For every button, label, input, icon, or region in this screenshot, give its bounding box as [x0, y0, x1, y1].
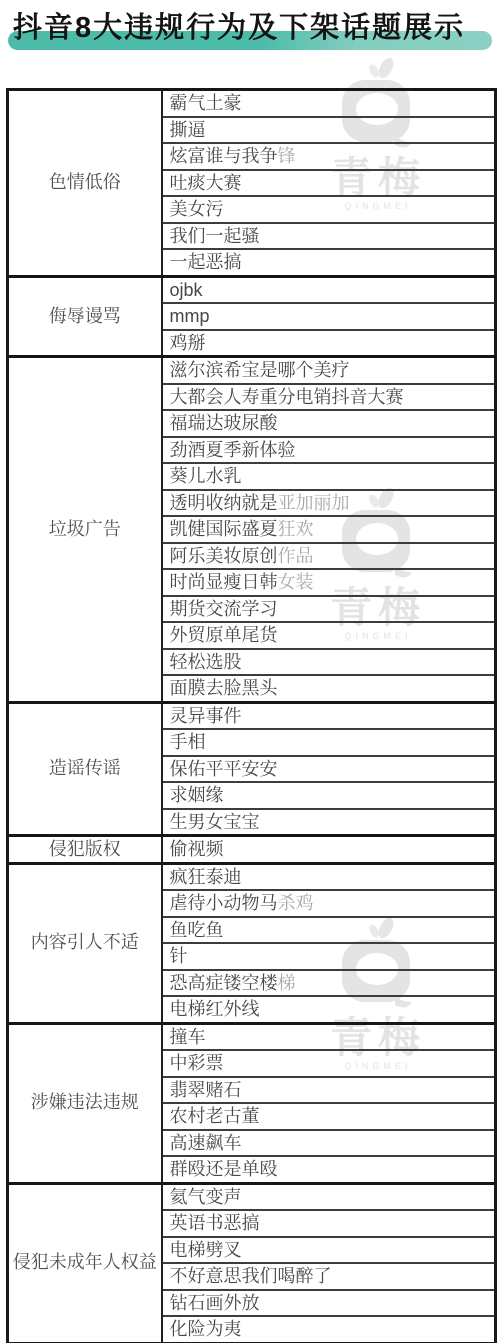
topic-cell: 劲酒夏季新体验 — [162, 437, 496, 464]
topic-cell: 轻松选股 — [162, 649, 496, 676]
topic-cell: 针 — [162, 943, 496, 970]
topic-text: 生男女宝宝 — [170, 812, 260, 832]
topic-cell: 电梯红外线 — [162, 996, 496, 1023]
topic-text: 翡翠赌石 — [170, 1080, 242, 1100]
topic-cell: 滋尔滨希宝是哪个美疗 — [162, 357, 496, 384]
topic-cell: 透明收纳就是亚加丽加 — [162, 490, 496, 517]
topic-cell: 手相 — [162, 729, 496, 756]
topic-cell: 大都会人寿重分电销抖音大赛 — [162, 384, 496, 411]
topic-text: 吐痰大赛 — [170, 173, 242, 193]
table-row: 侵犯版权偷视频 — [8, 836, 496, 864]
topic-cell: 生男女宝宝 — [162, 809, 496, 836]
topic-cell: 虐待小动物马杀鸡 — [162, 890, 496, 917]
violations-table-body: 色情低俗霸气土豪撕逼炫富谁与我争锋吐痰大赛美女污我们一起骚一起恶搞侮辱谩骂ojb… — [8, 90, 496, 1343]
topic-text: 滋尔滨希宝是哪个美疗 — [170, 360, 350, 380]
topic-text: 虐待小动物马 — [170, 893, 278, 913]
topic-text: 炫富谁与我争 — [170, 146, 278, 166]
category-cell: 造谣传谣 — [8, 702, 162, 836]
topic-cell: 期货交流学习 — [162, 596, 496, 623]
topic-text: 阿乐美妆原创 — [170, 546, 278, 566]
topic-text: 透明收纳就是 — [170, 493, 278, 513]
topic-text: 化险为夷 — [170, 1319, 242, 1339]
topic-text: 群殴还是单殴 — [170, 1159, 278, 1179]
category-cell: 侵犯未成年人权益 — [8, 1183, 162, 1343]
topic-text: 中彩票 — [170, 1053, 224, 1073]
page-title: 抖音8大违规行为及下架话题展示 — [13, 5, 465, 46]
category-cell: 涉嫌违法违规 — [8, 1023, 162, 1183]
topic-text-faded: 锋 — [278, 146, 296, 166]
topic-text: 恐高症镂空楼 — [170, 973, 278, 993]
topic-text: 电梯红外线 — [170, 999, 260, 1019]
topic-text: 大都会人寿重分电销抖音大赛 — [170, 387, 404, 407]
topic-text: 英语书恶搞 — [170, 1213, 260, 1233]
topic-text: 电梯劈叉 — [170, 1240, 242, 1260]
topic-cell: 氦气变声 — [162, 1183, 496, 1210]
topic-cell: 福瑞达玻尿酸 — [162, 410, 496, 437]
topic-cell: 我们一起骚 — [162, 223, 496, 250]
topic-cell: 葵儿水乳 — [162, 463, 496, 490]
topic-cell: 一起恶搞 — [162, 249, 496, 276]
topic-text: 撕逼 — [170, 120, 206, 140]
topic-text-faded: 杀鸡 — [278, 893, 314, 913]
topic-cell: 面膜去脸黑头 — [162, 675, 496, 702]
topic-cell: 阿乐美妆原创作品 — [162, 543, 496, 570]
topic-cell: 吐痰大赛 — [162, 170, 496, 197]
topic-text-faded: 狂欢 — [278, 519, 314, 539]
topic-text: 农村老古董 — [170, 1106, 260, 1126]
topic-cell: 翡翠赌石 — [162, 1077, 496, 1104]
topic-text-faded: 梯 — [278, 973, 296, 993]
topic-text: 外贸原单尾货 — [170, 625, 278, 645]
topic-cell: 灵异事件 — [162, 702, 496, 729]
topic-text: 霸气土豪 — [170, 93, 242, 113]
topic-cell: ojbk — [162, 276, 496, 303]
topic-text: 福瑞达玻尿酸 — [170, 413, 278, 433]
topic-text: 劲酒夏季新体验 — [170, 440, 296, 460]
category-cell: 侵犯版权 — [8, 836, 162, 864]
topic-cell: 电梯劈叉 — [162, 1237, 496, 1264]
topic-text: 不好意思我们喝醉了 — [170, 1266, 332, 1286]
topic-text: 我们一起骚 — [170, 226, 260, 246]
header: 抖音8大违规行为及下架话题展示 — [0, 0, 500, 60]
topic-cell: 霸气土豪 — [162, 90, 496, 117]
topic-text: 美女污 — [170, 199, 224, 219]
topic-text: 灵异事件 — [170, 706, 242, 726]
topic-cell: 鱼吃鱼 — [162, 917, 496, 944]
topic-text: 面膜去脸黑头 — [170, 678, 278, 698]
table-row: 侮辱谩骂ojbk — [8, 276, 496, 303]
topic-cell: 中彩票 — [162, 1050, 496, 1077]
category-cell: 内容引人不适 — [8, 863, 162, 1023]
topic-text: 葵儿水乳 — [170, 466, 242, 486]
topic-text: 时尚显瘦日韩 — [170, 572, 278, 592]
topic-text: mmp — [170, 306, 210, 326]
topic-text: 针 — [170, 946, 188, 966]
category-cell: 侮辱谩骂 — [8, 276, 162, 357]
topic-cell: 钻石画外放 — [162, 1290, 496, 1317]
topic-text: 氦气变声 — [170, 1187, 242, 1207]
table-row: 造谣传谣灵异事件 — [8, 702, 496, 729]
topic-text-faded: 女装 — [278, 572, 314, 592]
table-row: 涉嫌违法违规撞车 — [8, 1023, 496, 1050]
topic-cell: 时尚显瘦日韩女装 — [162, 569, 496, 596]
topic-cell: 不好意思我们喝醉了 — [162, 1263, 496, 1290]
topic-cell: 求姻缘 — [162, 782, 496, 809]
topic-text: 期货交流学习 — [170, 599, 278, 619]
violations-table: 色情低俗霸气土豪撕逼炫富谁与我争锋吐痰大赛美女污我们一起骚一起恶搞侮辱谩骂ojb… — [6, 88, 497, 1343]
topic-cell: 疯狂泰迪 — [162, 863, 496, 890]
topic-text: 手相 — [170, 732, 206, 752]
category-cell: 垃圾广告 — [8, 357, 162, 703]
topic-text: 偷视频 — [170, 839, 224, 859]
topic-text: 轻松选股 — [170, 652, 242, 672]
topic-cell: 凯健国际盛夏狂欢 — [162, 516, 496, 543]
topic-cell: 美女污 — [162, 196, 496, 223]
topic-cell: 群殴还是单殴 — [162, 1156, 496, 1183]
topic-text: 鱼吃鱼 — [170, 920, 224, 940]
topic-text: 凯健国际盛夏 — [170, 519, 278, 539]
table-row: 垃圾广告滋尔滨希宝是哪个美疗 — [8, 357, 496, 384]
topic-text: ojbk — [170, 280, 203, 300]
topic-cell: 偷视频 — [162, 836, 496, 864]
topic-cell: 炫富谁与我争锋 — [162, 143, 496, 170]
topic-text: 求姻缘 — [170, 785, 224, 805]
topic-cell: 恐高症镂空楼梯 — [162, 970, 496, 997]
topic-text: 保佑平平安安 — [170, 759, 278, 779]
topic-cell: 英语书恶搞 — [162, 1210, 496, 1237]
topic-cell: 化险为夷 — [162, 1316, 496, 1343]
topic-text: 撞车 — [170, 1027, 206, 1047]
topic-cell: 鸡掰 — [162, 330, 496, 357]
topic-text: 一起恶搞 — [170, 252, 242, 272]
topic-cell: 农村老古董 — [162, 1103, 496, 1130]
table-row: 侵犯未成年人权益氦气变声 — [8, 1183, 496, 1210]
topic-cell: 保佑平平安安 — [162, 756, 496, 783]
topic-cell: 撕逼 — [162, 117, 496, 144]
topic-cell: 高速飙车 — [162, 1130, 496, 1157]
topic-text: 高速飙车 — [170, 1133, 242, 1153]
topic-text: 钻石画外放 — [170, 1293, 260, 1313]
topic-cell: 外贸原单尾货 — [162, 622, 496, 649]
topic-text-faded: 亚加丽加 — [278, 493, 350, 513]
topic-text: 鸡掰 — [170, 333, 206, 353]
topic-cell: 撞车 — [162, 1023, 496, 1050]
category-cell: 色情低俗 — [8, 90, 162, 277]
table-row: 色情低俗霸气土豪 — [8, 90, 496, 117]
topic-cell: mmp — [162, 303, 496, 330]
topic-text: 疯狂泰迪 — [170, 867, 242, 887]
table-row: 内容引人不适疯狂泰迪 — [8, 863, 496, 890]
topic-text-faded: 作品 — [278, 546, 314, 566]
